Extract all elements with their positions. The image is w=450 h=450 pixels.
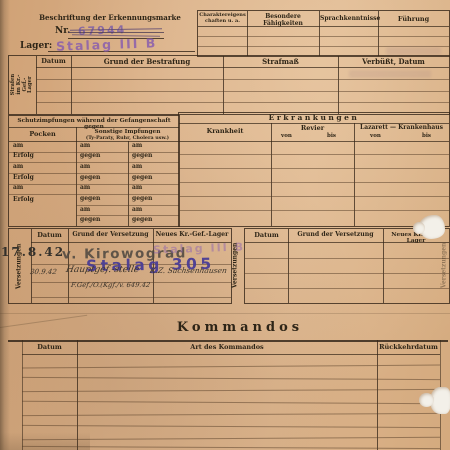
traits-table: Charaktereigenschaften u. a. Besondere F…	[197, 10, 450, 57]
divider	[247, 11, 248, 56]
pow-record-card: Beschriftung der Erkennungsmarke Nr. 679…	[0, 0, 450, 450]
revier-von-label: von	[281, 133, 292, 139]
strafen-header-strafmass: Strafmaß	[223, 58, 338, 66]
divider	[319, 11, 320, 56]
revier-bis-label: bis	[327, 133, 336, 139]
erkrankungen-table: Erkrankungen Krankheit Revier von bis La…	[178, 112, 450, 227]
strafen-header-datum: Datum	[36, 58, 71, 65]
rule	[179, 141, 449, 142]
traits-header-fuehrung: Führung	[379, 16, 448, 23]
divider	[76, 127, 77, 226]
impf-label: gegen	[132, 175, 152, 182]
erkrankungen-col-krankheit: Krankheit	[179, 128, 271, 135]
impf-pocken-label: Erfolg	[13, 175, 34, 182]
impf-label: am	[80, 143, 90, 150]
erkrankungen-title: Erkrankungen	[179, 114, 449, 122]
impf-label: gegen	[132, 196, 152, 203]
versetzungen-left-side-label: Versetzungen	[9, 229, 31, 303]
impf-pocken-label: am	[13, 143, 23, 150]
traits-header-sprachen: Sprachkenntnisse	[320, 16, 377, 23]
faint-stamp-smudge	[386, 47, 441, 55]
kommandos-header-datum: Datum	[22, 344, 77, 351]
rule	[179, 168, 449, 169]
transfer2-reason-handwritten: Hauptgef.-stelle	[65, 265, 140, 275]
impf-label: am	[80, 207, 90, 214]
strike-line	[68, 32, 164, 33]
lazarett-bis-label: bis	[422, 133, 431, 139]
versetzungen-edge-label: Versetzungen	[440, 228, 450, 302]
kommandos-header-rueckkehr: Rückkehrdatum	[377, 344, 440, 351]
rule	[179, 182, 449, 183]
rule	[198, 26, 449, 27]
divider	[377, 340, 378, 450]
transfer2-date-handwritten: 30.9.42	[29, 268, 57, 276]
rule	[179, 154, 449, 155]
erkrankungen-col-lazarett: Lazarett — Krankenhaus	[354, 125, 449, 132]
versetzungen-left-header-lager: Neues Kr.-Gef.-Lager	[153, 232, 231, 239]
versetzungen-table-right: Datum Grund der Versetzung Neues Kr.-Gef…	[244, 228, 450, 304]
paper-hole	[419, 393, 434, 407]
rule	[245, 258, 449, 259]
impf-label: am	[132, 185, 142, 192]
traits-header-charakter: Charaktereigenschaften u. a.	[199, 13, 246, 24]
faint-stamp-smudge	[349, 70, 431, 78]
rule	[36, 102, 449, 103]
kommandos-top-rule	[8, 340, 448, 342]
divider	[223, 56, 224, 114]
rule	[36, 67, 449, 68]
impf-label: am	[132, 143, 142, 150]
impf-label: gegen	[80, 196, 100, 203]
divider	[71, 56, 72, 114]
kommandos-title: Kommandos	[30, 321, 450, 336]
id-block-title: Beschriftung der Erkennungsmarke	[26, 14, 194, 22]
rule	[245, 288, 449, 289]
impf-label: am	[80, 185, 90, 192]
versetzungen-right-header-grund: Grund der Versetzung	[288, 232, 383, 239]
rule	[245, 273, 449, 274]
fold-crease	[0, 313, 450, 314]
rule	[31, 297, 231, 298]
divider	[383, 229, 384, 303]
impfungen-table: Schutzimpfungen während der Gefangenscha…	[8, 115, 180, 227]
divider	[77, 340, 78, 450]
impf-label: gegen	[80, 175, 100, 182]
impf-label: gegen	[80, 153, 100, 160]
versetzungen-left-header-grund: Grund der Versetzung	[68, 232, 153, 239]
versetzungen-right-header-datum: Datum	[245, 232, 288, 239]
impf-pocken-label: am	[13, 164, 23, 171]
divider	[31, 229, 32, 303]
rule	[76, 205, 179, 206]
divider	[288, 229, 289, 303]
strafen-header-grund: Grund der Bestrafung	[71, 58, 223, 66]
erkrankungen-col-revier: Revier	[271, 125, 354, 132]
rule	[9, 162, 179, 163]
versetzungen-right-side-label-text: Versetzungen	[232, 242, 239, 288]
rule	[9, 184, 179, 185]
paper-hole	[413, 222, 425, 234]
divider	[338, 56, 339, 114]
transfer3-note-handwritten: F.Gef./O.(Kgf./v. 649.42	[70, 281, 150, 289]
strafen-side-label-text: Strafen im Kr.-Gef.-Lager	[11, 72, 34, 99]
rule	[9, 127, 179, 128]
rule	[198, 36, 449, 37]
strafen-table: Strafen im Kr.-Gef.-Lager Datum Grund de…	[8, 55, 450, 115]
versetzungen-right-side-label: Versetzungen	[228, 228, 243, 302]
impf-pocken-label: am	[13, 185, 23, 192]
impf-pocken-label: Erfolg	[13, 153, 34, 160]
impf-pocken-label: Erfolg	[13, 197, 34, 204]
divider	[22, 340, 23, 450]
impf-label: am	[80, 164, 90, 171]
strafen-side-label: Strafen im Kr.-Gef.-Lager	[9, 56, 36, 114]
rule	[9, 141, 179, 142]
lazarett-von-label: von	[370, 133, 381, 139]
rule	[245, 242, 449, 243]
impf-label: gegen	[80, 217, 100, 224]
rule	[36, 79, 449, 80]
rule	[36, 91, 449, 92]
impf-label: gegen	[132, 217, 152, 224]
impf-label: am	[132, 164, 142, 171]
versetzungen-left-header-datum: Datum	[31, 232, 68, 239]
impfungen-col-pocken: Pocken	[9, 131, 76, 138]
lager-label: Lager:	[20, 41, 52, 51]
impf-label: gegen	[132, 153, 152, 160]
divider	[378, 11, 379, 56]
rule	[179, 196, 449, 197]
impf-label: am	[132, 207, 142, 214]
kommandos-header-art: Art des Kommandos	[77, 344, 377, 351]
transfer-date-handwritten: 17.8.42	[1, 246, 65, 259]
transfer2-newcamp-handwritten: K.Z. Sachsenhausen	[149, 266, 227, 275]
strafen-header-verbuesst: Verbüßt, Datum	[338, 58, 449, 66]
rule	[179, 210, 449, 211]
versetzungen-edge-label-text: Versetzungen	[442, 242, 449, 288]
